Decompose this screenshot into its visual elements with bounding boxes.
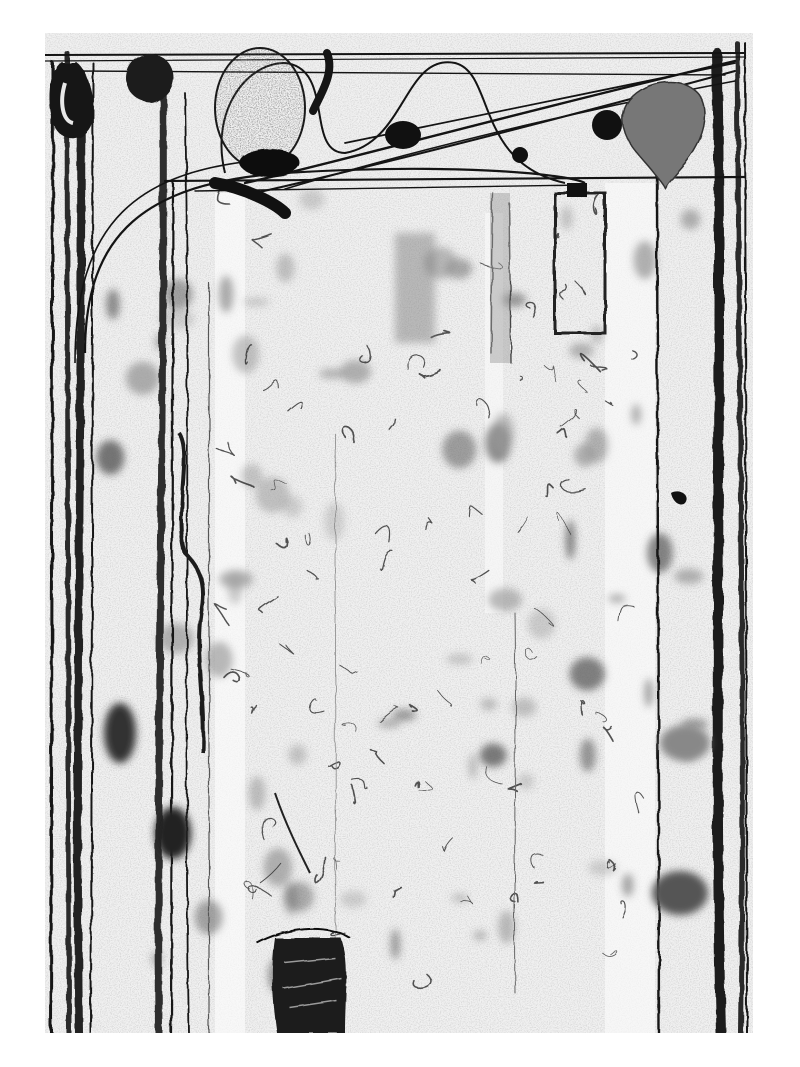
blob-left-2	[155, 807, 191, 859]
dark-blot-top	[385, 121, 421, 149]
blob-left-1	[104, 703, 136, 763]
dark-panel	[395, 233, 435, 343]
black-disc	[592, 110, 622, 140]
etching-print	[45, 33, 753, 1033]
dark-ball	[126, 54, 174, 102]
etching-artwork	[45, 33, 753, 1033]
blob-right-mid	[660, 725, 710, 761]
small-dot	[512, 147, 528, 163]
page-background	[0, 0, 800, 1067]
gray-panel	[490, 193, 510, 363]
dark-square	[567, 183, 587, 197]
dark-oval-shadow	[240, 149, 300, 177]
blob-right-bottom	[652, 871, 708, 915]
